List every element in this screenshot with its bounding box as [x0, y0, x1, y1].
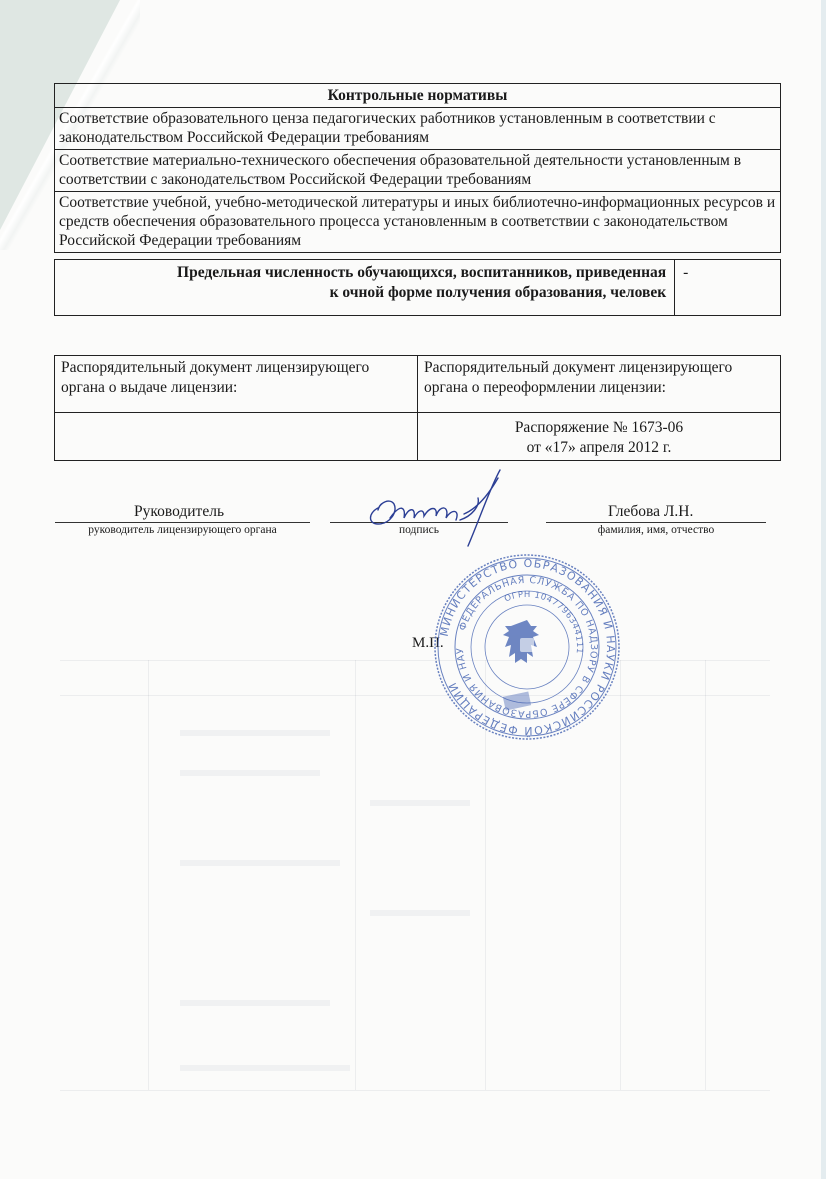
official-stamp-seal: МИНИСТЕРСТВО ОБРАЗОВАНИЯ И НАУКИ РОССИЙС…: [432, 552, 622, 742]
bleed-through-text: [180, 730, 330, 736]
student-limit-label-line: к очной форме получения образования, чел…: [330, 284, 667, 301]
student-limit-table: Предельная численность обучающихся, восп…: [54, 259, 781, 316]
reissue-order-header: Распорядительный документ лицензирующего…: [418, 356, 781, 413]
student-limit-label-line: Предельная численность обучающихся, восп…: [177, 264, 666, 281]
bleed-through-text: [180, 1065, 350, 1071]
reissue-order-value: Распоряжение № 1673-06 от «17» апреля 20…: [418, 413, 781, 461]
bleed-through-text: [370, 910, 470, 916]
signer-name: Глебова Л.Н.: [608, 503, 693, 521]
control-norm-row: Соответствие учебной, учебно-методическо…: [55, 192, 781, 253]
bleed-through-line: [60, 1090, 770, 1091]
bleed-through-line: [355, 660, 356, 1090]
bleed-through-text: [180, 1000, 330, 1006]
position-line: [55, 522, 310, 523]
student-limit-label: Предельная численность обучающихся, восп…: [55, 260, 675, 316]
name-line: [546, 522, 766, 523]
bleed-through-line: [148, 660, 149, 1090]
student-limit-value: -: [675, 260, 781, 316]
control-norm-row: Соответствие образовательного ценза педа…: [55, 108, 781, 150]
bleed-through-line: [60, 695, 770, 696]
control-norms-table: Контрольные нормативы Соответствие образ…: [54, 83, 781, 253]
position-title: Руководитель: [134, 503, 224, 521]
bleed-through-line: [705, 660, 706, 1090]
bleed-through-text: [370, 800, 470, 806]
coat-of-arms-icon: [503, 620, 539, 711]
reissue-order-date: от «17» апреля 2012 г.: [527, 439, 672, 456]
control-norm-row: Соответствие материально-технического об…: [55, 150, 781, 192]
scan-edge: [821, 0, 826, 1179]
issue-order-header: Распорядительный документ лицензирующего…: [55, 356, 418, 413]
bleed-through-line: [60, 660, 770, 661]
position-caption: руководитель лицензирующего органа: [55, 524, 310, 536]
name-caption: фамилия, имя, отчество: [546, 524, 766, 536]
handwritten-signature: [360, 468, 510, 548]
bleed-through-text: [180, 860, 340, 866]
control-norms-header: Контрольные нормативы: [55, 84, 781, 108]
reissue-order-number: Распоряжение № 1673-06: [515, 419, 683, 436]
issue-order-value: [55, 413, 418, 461]
license-orders-table: Распорядительный документ лицензирующего…: [54, 355, 781, 461]
bleed-through-text: [180, 770, 320, 776]
